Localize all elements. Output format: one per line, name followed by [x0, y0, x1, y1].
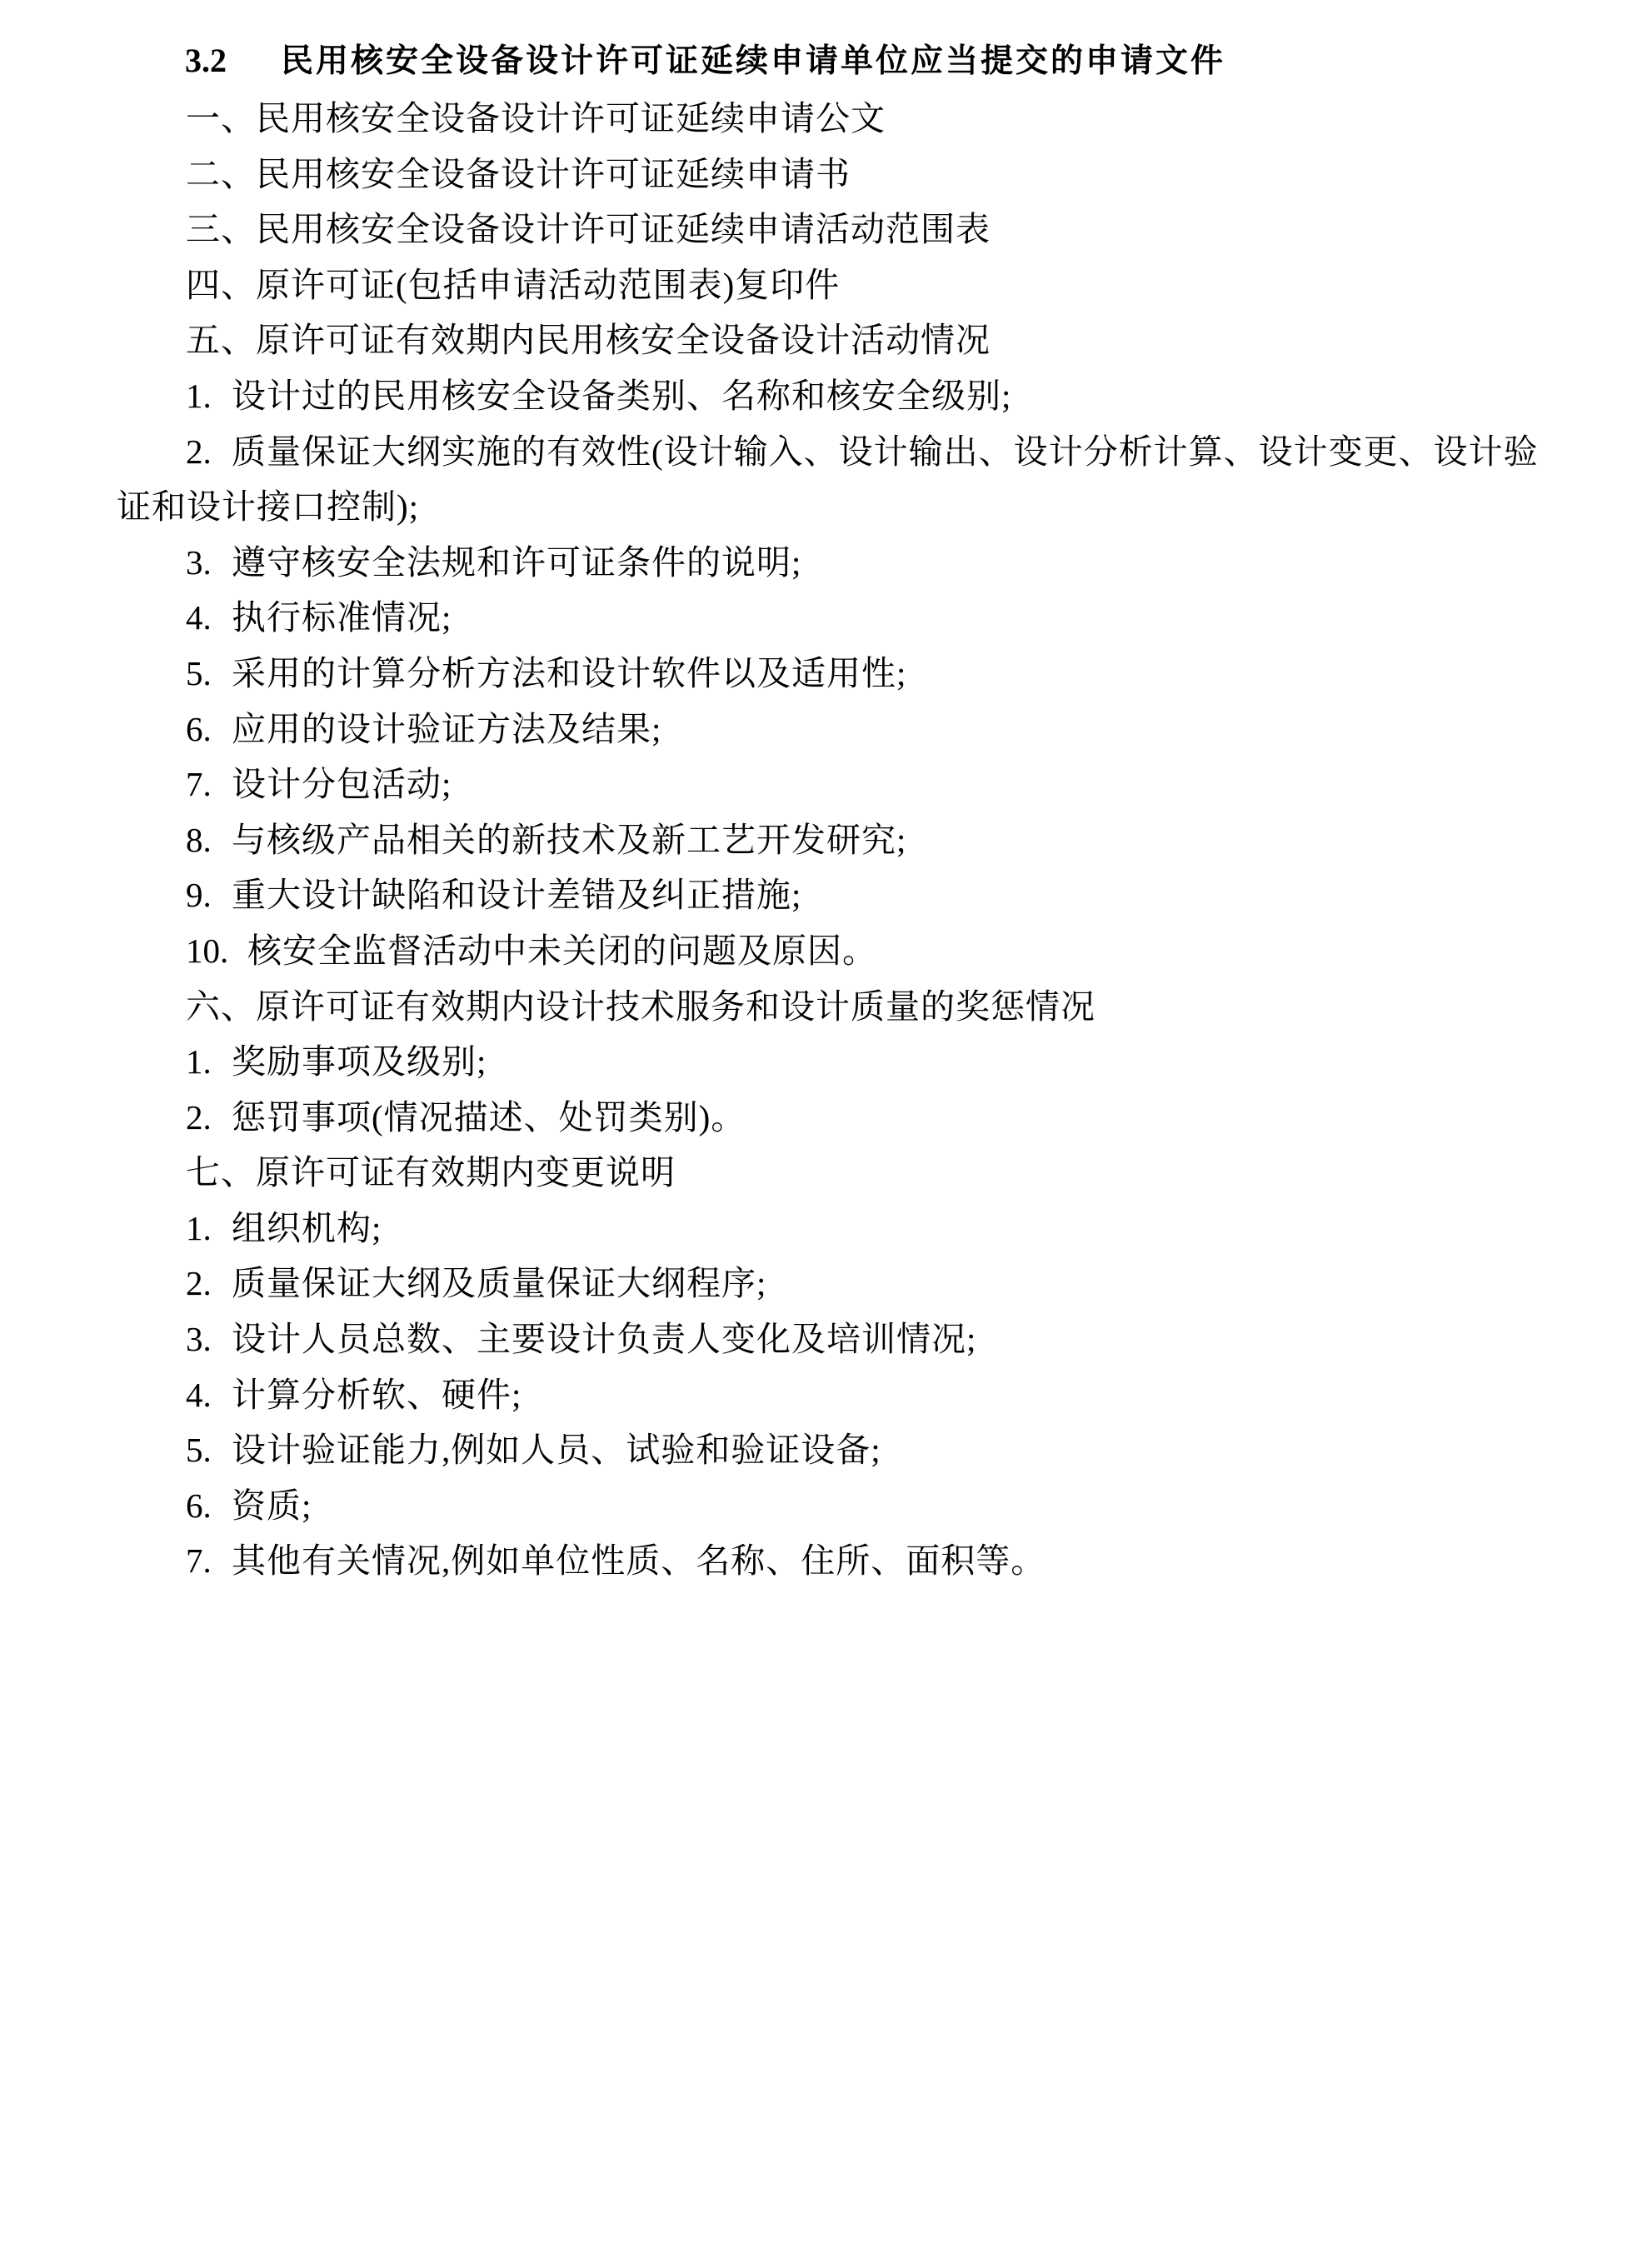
list-item-number: 3.: [186, 1311, 232, 1367]
document-page: 3.2民用核安全设备设计许可证延续申请单位应当提交的申请文件 一、民用核安全设备…: [0, 0, 1652, 2243]
list-item-text: 资质;: [232, 1486, 312, 1525]
list-item-text: 重大设计缺陷和设计差错及纠正措施;: [232, 876, 801, 914]
list-item-text: 设计验证能力,例如人员、试验和验证设备;: [232, 1431, 881, 1469]
list-item: 6.应用的设计验证方法及结果;: [0, 702, 1652, 757]
list-item-text: 其他有关情况,例如单位性质、名称、住所、面积等。: [232, 1541, 1046, 1580]
section-7-label: 七、原许可证有效期内变更说明: [0, 1145, 1652, 1201]
list-item-number: 7.: [186, 757, 232, 812]
list-item-number: 1.: [186, 368, 232, 424]
list-item-number: 7.: [186, 1533, 232, 1589]
list-item-text: 遵守核安全法规和许可证条件的说明;: [232, 543, 801, 582]
list-item-number: 2.: [186, 1090, 232, 1146]
list-item-text: 核安全监督活动中未关闭的问题及原因。: [247, 932, 877, 970]
section-title: 民用核安全设备设计许可证延续申请单位应当提交的申请文件: [281, 42, 1225, 80]
list-item-text: 应用的设计验证方法及结果;: [232, 710, 661, 748]
list-item-text: 质量保证大纲实施的有效性(设计输入、设计输出、设计分析计算、设计变更、设计验: [232, 432, 1539, 471]
section-number: 3.2: [185, 33, 281, 89]
list-item-number: 1.: [186, 1034, 232, 1090]
list-item-continuation: 证和设计接口控制);: [0, 479, 1652, 535]
list-item: 4.计算分析软、硬件;: [0, 1367, 1652, 1423]
list-item: 3.设计人员总数、主要设计负责人变化及培训情况;: [0, 1311, 1652, 1367]
section-4-label: 四、原许可证(包括申请活动范围表)复印件: [0, 257, 1652, 313]
list-item: 1.组织机构;: [0, 1201, 1652, 1256]
list-item: 1.设计过的民用核安全设备类别、名称和核安全级别;: [0, 368, 1652, 424]
list-item-text: 与核级产品相关的新技术及新工艺开发研究;: [232, 821, 906, 859]
section-3-label: 三、民用核安全设备设计许可证延续申请活动范围表: [0, 202, 1652, 257]
list-item: 1.奖励事项及级别;: [0, 1034, 1652, 1090]
list-item: 5.采用的计算分析方法和设计软件以及适用性;: [0, 646, 1652, 702]
list-item: 9.重大设计缺陷和设计差错及纠正措施;: [0, 867, 1652, 923]
list-item-text: 设计过的民用核安全设备类别、名称和核安全级别;: [232, 377, 1011, 415]
list-item-text: 采用的计算分析方法和设计软件以及适用性;: [232, 654, 906, 692]
list-item-number: 2.: [186, 1256, 232, 1311]
list-item-text: 组织机构;: [232, 1209, 382, 1247]
list-item-text: 设计分包活动;: [232, 765, 452, 803]
list-item-number: 9.: [186, 867, 232, 923]
list-item-number: 10.: [186, 923, 247, 979]
section-1-label: 一、民用核安全设备设计许可证延续申请公文: [0, 91, 1652, 147]
list-item-number: 6.: [186, 1478, 232, 1534]
list-item: 4.执行标准情况;: [0, 590, 1652, 646]
section-2-label: 二、民用核安全设备设计许可证延续申请书: [0, 147, 1652, 202]
list-item: 5.设计验证能力,例如人员、试验和验证设备;: [0, 1422, 1652, 1478]
list-item: 6.资质;: [0, 1478, 1652, 1534]
document-body: 一、民用核安全设备设计许可证延续申请公文 二、民用核安全设备设计许可证延续申请书…: [0, 91, 1652, 1589]
list-item-text: 计算分析软、硬件;: [232, 1376, 522, 1414]
list-item-text: 惩罚事项(情况描述、处罚类别)。: [232, 1098, 746, 1136]
list-item: 2.惩罚事项(情况描述、处罚类别)。: [0, 1090, 1652, 1146]
section-heading: 3.2民用核安全设备设计许可证延续申请单位应当提交的申请文件: [185, 33, 1225, 89]
list-item-number: 2.: [186, 424, 232, 480]
list-item: 7.其他有关情况,例如单位性质、名称、住所、面积等。: [0, 1533, 1652, 1589]
list-item-number: 3.: [186, 535, 232, 591]
list-item-number: 4.: [186, 1367, 232, 1423]
list-item: 2.质量保证大纲实施的有效性(设计输入、设计输出、设计分析计算、设计变更、设计验: [0, 424, 1652, 480]
list-item: 8.与核级产品相关的新技术及新工艺开发研究;: [0, 812, 1652, 868]
list-item-number: 4.: [186, 590, 232, 646]
list-item-number: 8.: [186, 812, 232, 868]
list-item-text: 设计人员总数、主要设计负责人变化及培训情况;: [232, 1320, 976, 1358]
list-item: 7.设计分包活动;: [0, 757, 1652, 812]
list-item-text: 奖励事项及级别;: [232, 1042, 487, 1081]
section-5-label: 五、原许可证有效期内民用核安全设备设计活动情况: [0, 312, 1652, 368]
list-item-text: 质量保证大纲及质量保证大纲程序;: [232, 1264, 766, 1302]
list-item: 10.核安全监督活动中未关闭的问题及原因。: [0, 923, 1652, 979]
list-item-text: 执行标准情况;: [232, 598, 452, 637]
section-6-label: 六、原许可证有效期内设计技术服务和设计质量的奖惩情况: [0, 979, 1652, 1035]
list-item-number: 1.: [186, 1201, 232, 1256]
list-item-number: 6.: [186, 702, 232, 757]
list-item: 3.遵守核安全法规和许可证条件的说明;: [0, 535, 1652, 591]
list-item-number: 5.: [186, 1422, 232, 1478]
list-item-number: 5.: [186, 646, 232, 702]
list-item: 2.质量保证大纲及质量保证大纲程序;: [0, 1256, 1652, 1311]
